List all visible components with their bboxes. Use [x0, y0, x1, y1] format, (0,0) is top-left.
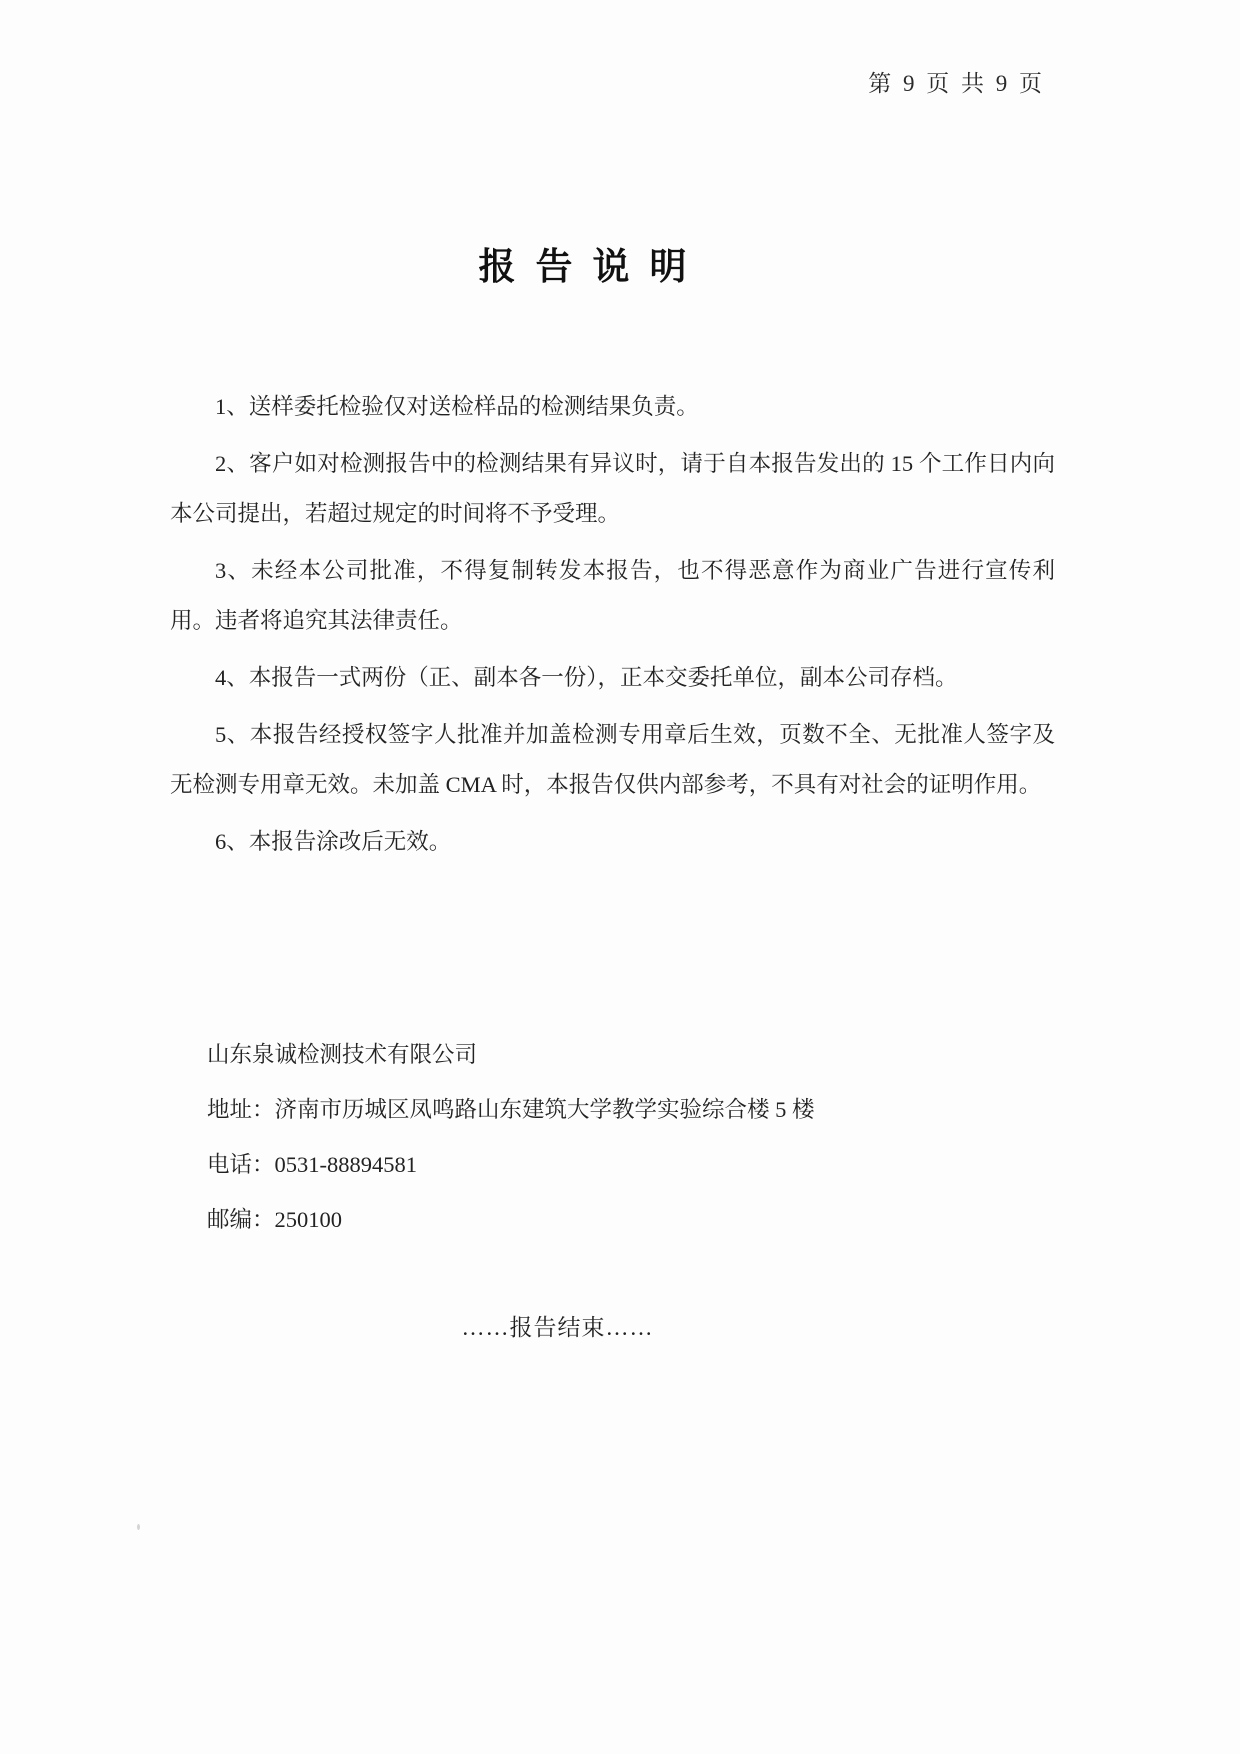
company-info: 山东泉诚检测技术有限公司 地址：济南市历城区凤鸣路山东建筑大学教学实验综合楼 5… — [207, 1027, 1055, 1247]
company-phone: 电话：0531-88894581 — [207, 1137, 1055, 1192]
note-item-1: 1、送样委托检验仅对送检样品的检测结果负责。 — [170, 382, 1055, 432]
page-number: 第 9 页 共 9 页 — [170, 70, 1045, 98]
notes-section: 1、送样委托检验仅对送检样品的检测结果负责。 2、客户如对检测报告中的检测结果有… — [170, 382, 1055, 867]
report-page: 第 9 页 共 9 页 报告说明 1、送样委托检验仅对送检样品的检测结果负责。 … — [0, 0, 1240, 1754]
address-value: 济南市历城区凤鸣路山东建筑大学教学实验综合楼 5 楼 — [275, 1097, 815, 1122]
postcode-label: 邮编： — [207, 1207, 275, 1232]
report-end-marker: ……报告结束…… — [115, 1309, 1000, 1342]
phone-value: 0531-88894581 — [275, 1152, 418, 1177]
company-address: 地址：济南市历城区凤鸣路山东建筑大学教学实验综合楼 5 楼 — [207, 1082, 1055, 1137]
company-name: 山东泉诚检测技术有限公司 — [207, 1027, 1055, 1082]
note-item-3: 3、未经本公司批准，不得复制转发本报告，也不得恶意作为商业广告进行宣传利用。违者… — [170, 546, 1055, 646]
phone-label: 电话： — [207, 1152, 275, 1177]
address-label: 地址： — [207, 1097, 275, 1122]
note-item-6: 6、本报告涂改后无效。 — [170, 817, 1055, 867]
note-item-4: 4、本报告一式两份（正、副本各一份），正本交委托单位，副本公司存档。 — [170, 653, 1055, 703]
postcode-value: 250100 — [275, 1207, 343, 1232]
company-postcode: 邮编：250100 — [207, 1192, 1055, 1247]
note-item-5: 5、本报告经授权签字人批准并加盖检测专用章后生效，页数不全、无批准人签字及无检测… — [170, 710, 1055, 810]
note-item-2: 2、客户如对检测报告中的检测结果有异议时，请于自本报告发出的 15 个工作日内向… — [170, 439, 1055, 539]
page-title: 报告说明 — [140, 246, 1025, 290]
scan-artifact — [137, 1524, 140, 1530]
